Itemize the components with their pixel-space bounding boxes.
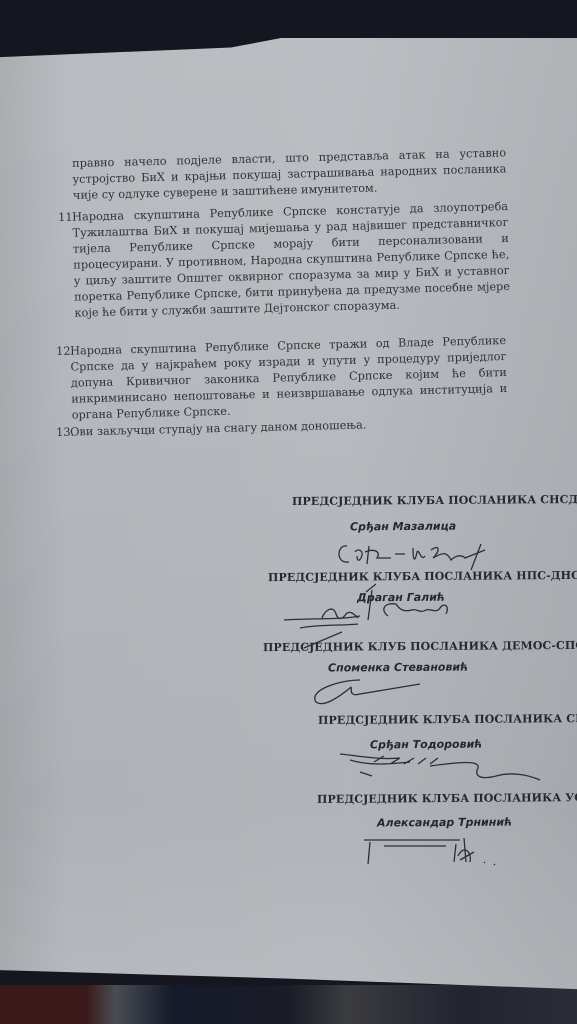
item-text: Народна скупштина Републике Српске конст… xyxy=(72,199,511,322)
signatory-title-snsd: ПРЕДСЈЕДНИК КЛУБА ПОСЛАНИКА СНСД xyxy=(292,493,577,508)
list-item-12: 12. Народна скупштина Републике Српске т… xyxy=(56,333,508,424)
signatory-name-snsd: Срђан Мазалица xyxy=(350,520,456,534)
signatory-title-sp: ПРЕДСЈЕДНИК КЛУБА ПОСЛАНИКА СП xyxy=(318,712,577,727)
signature-sp xyxy=(330,750,560,790)
signatory-name-us: Александар Трнинић xyxy=(377,816,512,830)
signature-demos-sps xyxy=(300,672,450,712)
signature-snsd xyxy=(335,538,505,572)
list-item-11: 11. Народна скупштина Републике Српске к… xyxy=(58,199,511,322)
item-number: 12. xyxy=(56,344,74,360)
signatory-title-demos-sps: ПРЕДСЈЕДНИК КЛУБ ПОСЛАНИКА ДЕМОС-СПС xyxy=(263,639,577,654)
item-number: 13. xyxy=(56,425,74,441)
signature-us xyxy=(360,834,510,874)
item-text: Народна скупштина Републике Српске тражи… xyxy=(70,333,508,424)
signatory-title-us: ПРЕДСЈЕДНИК КЛУБА ПОСЛАНИКА УС xyxy=(317,791,577,806)
item-number: 11. xyxy=(58,210,76,226)
background-surface xyxy=(0,985,577,1024)
